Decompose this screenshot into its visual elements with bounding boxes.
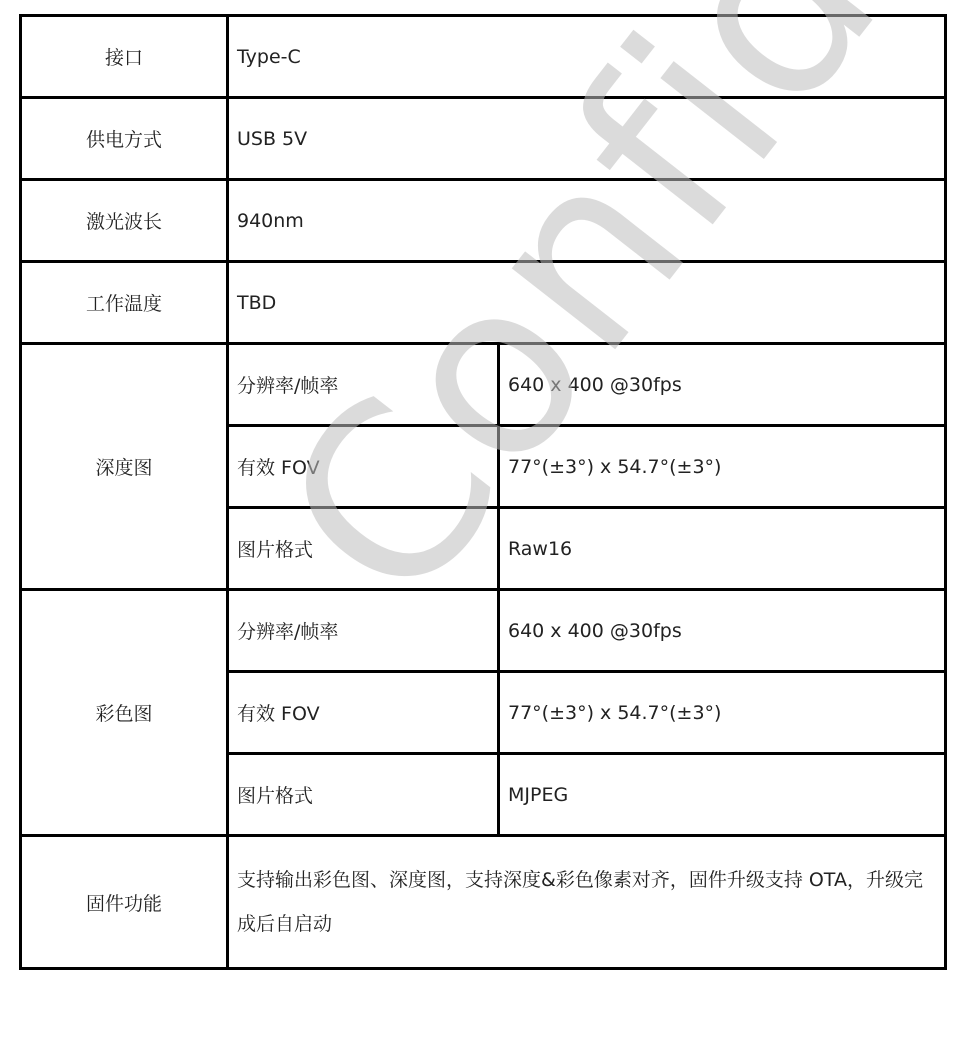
- depth-value-fov: 77°(±3°) x 54.7°(±3°): [499, 426, 946, 508]
- color-value-fov: 77°(±3°) x 54.7°(±3°): [499, 672, 946, 754]
- depth-key-fov: 有效 FOV: [228, 426, 499, 508]
- row-value-temperature: TBD: [228, 262, 946, 344]
- color-key-format: 图片格式: [228, 754, 499, 836]
- table-row: 彩色图 分辨率/帧率 640 x 400 @30fps: [21, 590, 946, 672]
- color-value-format: MJPEG: [499, 754, 946, 836]
- color-key-resolution: 分辨率/帧率: [228, 590, 499, 672]
- depth-key-format: 图片格式: [228, 508, 499, 590]
- row-label-power: 供电方式: [21, 98, 228, 180]
- depth-key-resolution: 分辨率/帧率: [228, 344, 499, 426]
- color-key-fov: 有效 FOV: [228, 672, 499, 754]
- table-row: 工作温度 TBD: [21, 262, 946, 344]
- group-label-color-map: 彩色图: [21, 590, 228, 836]
- group-label-depth-map: 深度图: [21, 344, 228, 590]
- row-label-temperature: 工作温度: [21, 262, 228, 344]
- table-row: 深度图 分辨率/帧率 640 x 400 @30fps: [21, 344, 946, 426]
- table-row: 供电方式 USB 5V: [21, 98, 946, 180]
- table-row: 固件功能 支持输出彩色图、深度图，支持深度&彩色像素对齐，固件升级支持 OTA，…: [21, 836, 946, 969]
- row-label-interface: 接口: [21, 16, 228, 98]
- depth-value-format: Raw16: [499, 508, 946, 590]
- row-value-firmware: 支持输出彩色图、深度图，支持深度&彩色像素对齐，固件升级支持 OTA，升级完成后…: [228, 836, 946, 969]
- row-label-wavelength: 激光波长: [21, 180, 228, 262]
- table-row: 激光波长 940nm: [21, 180, 946, 262]
- spec-table: 接口 Type-C 供电方式 USB 5V 激光波长 940nm 工作温度 TB…: [19, 14, 947, 970]
- table-row: 接口 Type-C: [21, 16, 946, 98]
- row-value-wavelength: 940nm: [228, 180, 946, 262]
- color-value-resolution: 640 x 400 @30fps: [499, 590, 946, 672]
- depth-value-resolution: 640 x 400 @30fps: [499, 344, 946, 426]
- row-value-interface: Type-C: [228, 16, 946, 98]
- row-value-power: USB 5V: [228, 98, 946, 180]
- row-label-firmware: 固件功能: [21, 836, 228, 969]
